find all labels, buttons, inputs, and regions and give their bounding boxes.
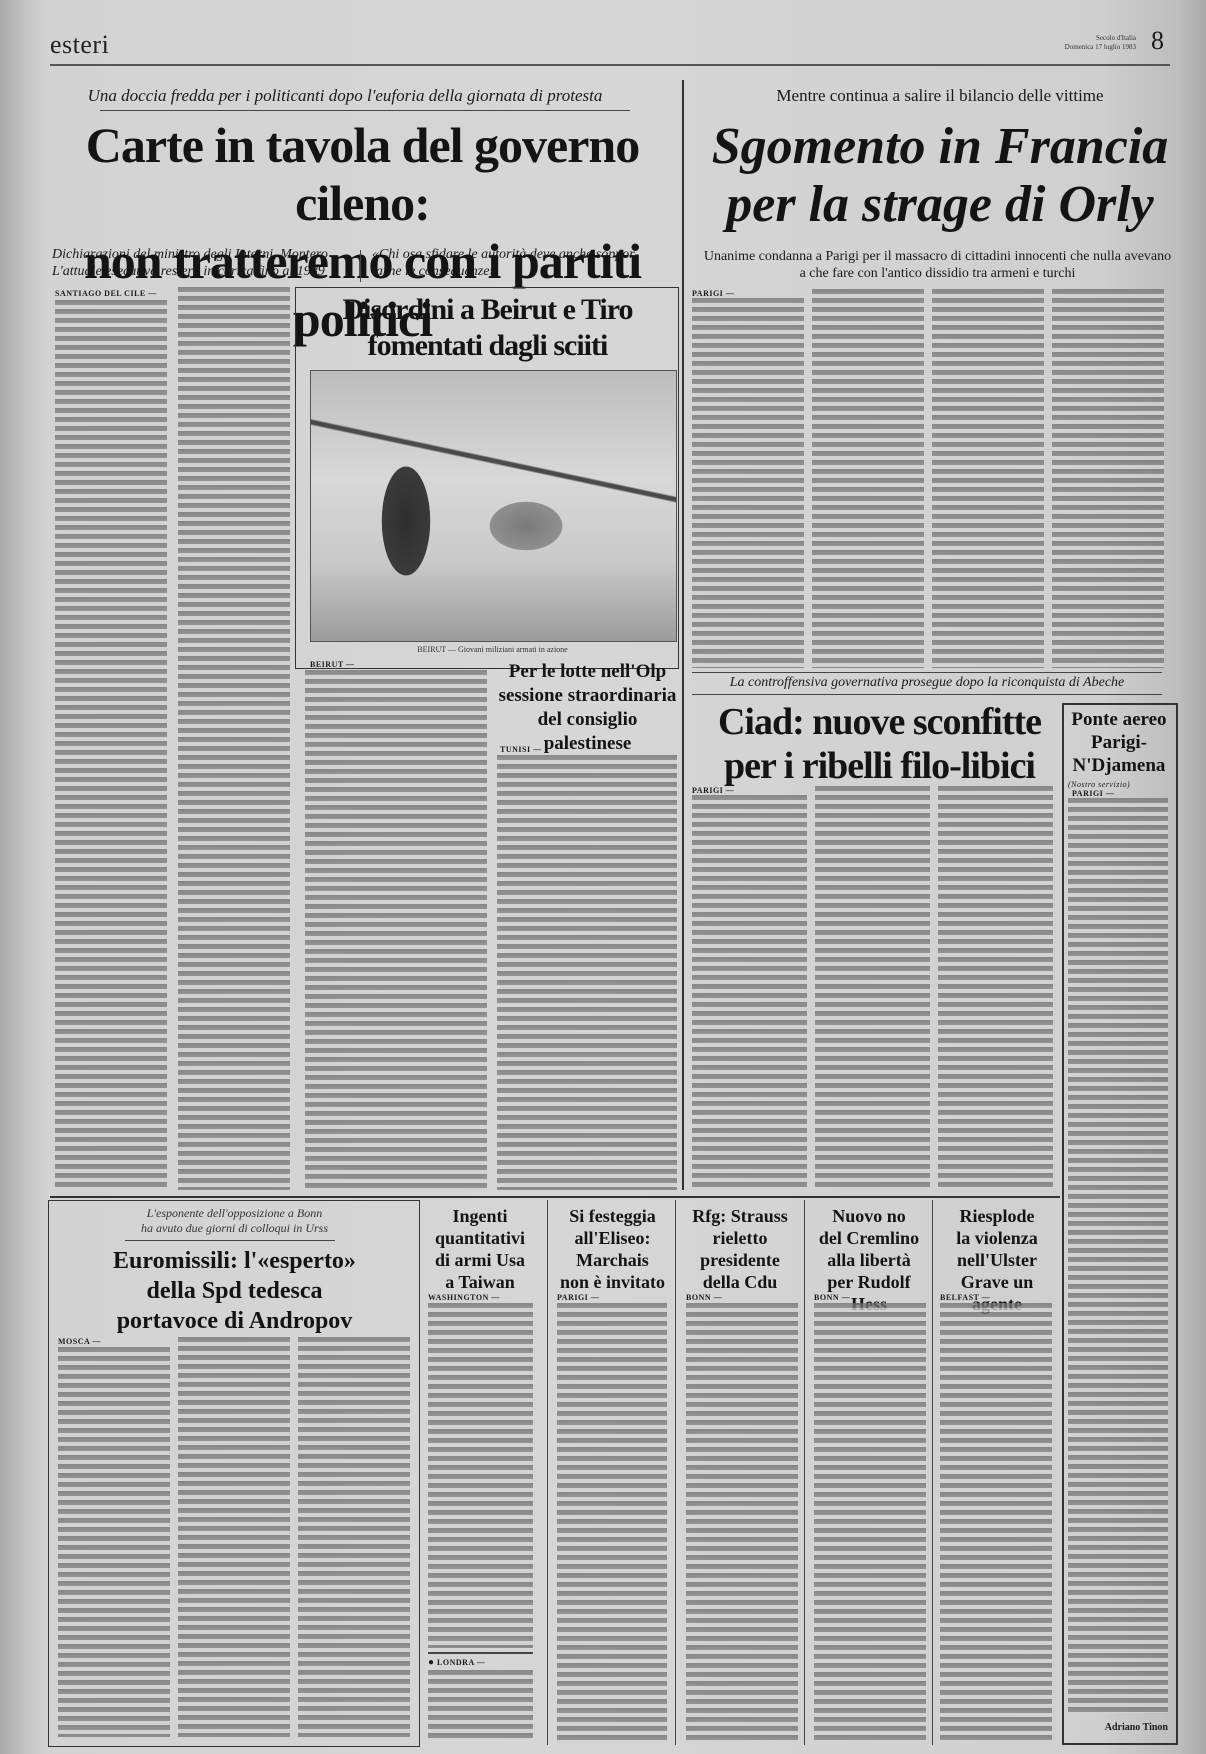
- chile-deck-right-line1: «Chi osa sfidare le autorità deve anche …: [372, 246, 672, 263]
- orly-deck-line2: a che fare con l'antico dissidio tra arm…: [685, 265, 1190, 282]
- orly-headline-line2: per la strage di Orly: [690, 176, 1190, 234]
- beirut-headline-line2: fomentati dagli sciiti: [300, 328, 675, 364]
- eliseo-headline-line2: all'Eliseo:: [555, 1227, 670, 1249]
- chile-deck-right-line2: tarne le conseguenze»: [372, 263, 672, 280]
- euromissili-headline-line1: Euromissili: l'«esperto»: [52, 1246, 417, 1276]
- divider: [125, 1240, 335, 1241]
- ponte-aereo-headline-line1: Ponte aereo: [1064, 708, 1174, 731]
- ulster-headline-line3: nell'Ulster: [936, 1249, 1058, 1271]
- chile-deck-left-line2: L'attuale esecutivo resterà in carica fi…: [52, 263, 362, 280]
- olp-headline-line1: Per le lotte nell'Olp: [495, 660, 680, 684]
- orly-body-column-4: [1052, 289, 1164, 668]
- chile-body-column-1: [55, 300, 167, 1190]
- orly-headline-line1: Sgomento in Francia: [690, 118, 1190, 176]
- chile-dateline: SANTIAGO DEL CILE —: [55, 289, 157, 298]
- eliseo-body: [557, 1303, 667, 1743]
- beirut-headline: Disordini a Beirut e Tiro fomentati dagl…: [300, 292, 675, 364]
- hess-dateline: BONN —: [814, 1293, 850, 1302]
- divider: [428, 1652, 533, 1654]
- strauss-body: [686, 1303, 798, 1743]
- bullet-icon: ●: [428, 1657, 435, 1668]
- chile-deck-left: Dichiarazioni del ministro degli Interni…: [52, 246, 362, 280]
- ciad-kicker: La controffensiva governativa prosegue d…: [692, 675, 1162, 691]
- chile-deck-right: «Chi osa sfidare le autorità deve anche …: [372, 246, 672, 280]
- strauss-headline-line1: Rfg: Strauss: [680, 1205, 800, 1227]
- column-divider: [547, 1200, 548, 1745]
- hess-headline-line1: Nuovo no: [808, 1205, 930, 1227]
- euromissili-headline-line3: portavoce di Andropov: [52, 1306, 417, 1336]
- ciad-body-column-3: [938, 786, 1053, 1190]
- deck-divider: [360, 250, 361, 282]
- euromissili-headline-line2: della Spd tedesca: [52, 1276, 417, 1306]
- eliseo-headline: Si festeggia all'Eliseo: Marchais non è …: [555, 1205, 670, 1293]
- strauss-headline-line4: della Cdu: [680, 1271, 800, 1293]
- chile-headline-line1: Carte in tavola del governo cileno:: [45, 116, 680, 232]
- taiwan-headline-line1: Ingenti: [425, 1205, 535, 1227]
- eliseo-headline-line3: Marchais: [555, 1249, 670, 1271]
- column-divider: [682, 80, 684, 1190]
- section-divider: [50, 1196, 1060, 1198]
- page-number: 8: [1151, 26, 1164, 56]
- column-divider: [675, 1200, 676, 1745]
- beirut-headline-line1: Disordini a Beirut e Tiro: [300, 292, 675, 328]
- orly-deck: Unanime condanna a Parigi per il massacr…: [685, 248, 1190, 282]
- euromissili-body-column-2: [178, 1337, 290, 1737]
- taiwan-headline-line3: di armi Usa: [425, 1249, 535, 1271]
- ciad-headline-line1: Ciad: nuove sconfitte: [692, 700, 1067, 744]
- eliseo-dateline: PARIGI —: [557, 1293, 599, 1302]
- column-divider: [804, 1200, 805, 1745]
- orly-deck-line1: Unanime condanna a Parigi per il massacr…: [685, 248, 1190, 265]
- divider: [692, 694, 1162, 695]
- strauss-dateline: BONN —: [686, 1293, 722, 1302]
- euromissili-body-column-3: [298, 1337, 410, 1737]
- taiwan-dateline: WASHINGTON —: [428, 1293, 500, 1302]
- divider: [692, 672, 1162, 673]
- column-divider: [932, 1200, 933, 1745]
- newspaper-name: Secolo d'Italia: [1065, 34, 1136, 43]
- euromissili-headline: Euromissili: l'«esperto» della Spd tedes…: [52, 1246, 417, 1336]
- orly-body-column-2: [812, 289, 924, 668]
- article-signature: Adriano Tinon: [1068, 1722, 1168, 1733]
- beirut-body: [305, 670, 487, 1190]
- london-brief-body: [428, 1670, 533, 1740]
- olp-body: [497, 755, 677, 1190]
- section-title: esteri: [50, 30, 109, 60]
- newspaper-page: esteri Secolo d'Italia Domenica 17 lugli…: [0, 0, 1206, 1754]
- euromissili-kicker-line1: L'esponente dell'opposizione a Bonn: [52, 1206, 417, 1221]
- chile-kicker: Una doccia fredda per i politicanti dopo…: [75, 86, 615, 106]
- eliseo-headline-line4: non è invitato: [555, 1271, 670, 1293]
- taiwan-headline-line2: quantitativi: [425, 1227, 535, 1249]
- hess-headline-line2: del Cremlino: [808, 1227, 930, 1249]
- olp-headline: Per le lotte nell'Olp sessione straordin…: [495, 660, 680, 756]
- olp-dateline: TUNISI —: [500, 745, 542, 754]
- beirut-photo-caption: BEIRUT — Giovani miliziani armati in azi…: [310, 645, 675, 654]
- orly-body-column-3: [932, 289, 1044, 668]
- masthead-rule: [50, 64, 1170, 66]
- london-brief-dateline-text: LONDRA —: [437, 1658, 485, 1667]
- ciad-body-column-1: [692, 795, 807, 1190]
- issue-date: Domenica 17 luglio 1983: [1065, 43, 1136, 52]
- euromissili-kicker: L'esponente dell'opposizione a Bonn ha a…: [52, 1206, 417, 1236]
- taiwan-body: [428, 1303, 533, 1648]
- orly-headline: Sgomento in Francia per la strage di Orl…: [690, 118, 1190, 234]
- ulster-headline-line2: la violenza: [936, 1227, 1058, 1249]
- chile-body-column-2: [178, 287, 290, 1190]
- euromissili-body-column-1: [58, 1347, 170, 1737]
- strauss-headline: Rfg: Strauss rieletto presidente della C…: [680, 1205, 800, 1293]
- ulster-dateline: BELFAST —: [940, 1293, 990, 1302]
- euromissili-dateline: MOSCA —: [58, 1337, 101, 1346]
- hess-body: [814, 1303, 926, 1743]
- olp-headline-line2: sessione straordinaria: [495, 684, 680, 708]
- orly-body-column-1: [692, 298, 804, 668]
- euromissili-kicker-line2: ha avuto due giorni di colloqui in Urss: [52, 1221, 417, 1236]
- ciad-body-column-2: [815, 786, 930, 1190]
- ulster-body: [940, 1303, 1052, 1743]
- beirut-militia-photo: [310, 370, 677, 642]
- ciad-dateline: PARIGI —: [692, 786, 734, 795]
- divider: [100, 110, 630, 111]
- taiwan-headline-line4: a Taiwan: [425, 1271, 535, 1293]
- hess-headline-line3: alla libertà: [808, 1249, 930, 1271]
- orly-dateline: PARIGI —: [692, 289, 734, 298]
- ponte-aereo-headline: Ponte aereo Parigi- N'Djamena: [1064, 708, 1174, 777]
- strauss-headline-line3: presidente: [680, 1249, 800, 1271]
- masthead-info: Secolo d'Italia Domenica 17 luglio 1983: [1065, 34, 1136, 52]
- london-brief-dateline: ● LONDRA —: [428, 1657, 485, 1668]
- strauss-headline-line2: rieletto: [680, 1227, 800, 1249]
- ciad-headline-line2: per i ribelli filo-libici: [692, 744, 1067, 788]
- ciad-headline: Ciad: nuove sconfitte per i ribelli filo…: [692, 700, 1067, 788]
- ponte-aereo-body: [1068, 798, 1168, 1713]
- ponte-aereo-dateline: PARIGI —: [1072, 789, 1114, 798]
- eliseo-headline-line1: Si festeggia: [555, 1205, 670, 1227]
- ponte-aereo-headline-line2: Parigi-: [1064, 731, 1174, 754]
- ponte-aereo-byline: (Nostro servizio): [1068, 780, 1130, 789]
- chile-deck-left-line1: Dichiarazioni del ministro degli Interni…: [52, 246, 362, 263]
- ulster-headline-line1: Riesplode: [936, 1205, 1058, 1227]
- taiwan-headline: Ingenti quantitativi di armi Usa a Taiwa…: [425, 1205, 535, 1293]
- beirut-dateline: BEIRUT —: [310, 660, 355, 669]
- orly-kicker: Mentre continua a salire il bilancio del…: [690, 86, 1190, 106]
- ponte-aereo-headline-line3: N'Djamena: [1064, 754, 1174, 777]
